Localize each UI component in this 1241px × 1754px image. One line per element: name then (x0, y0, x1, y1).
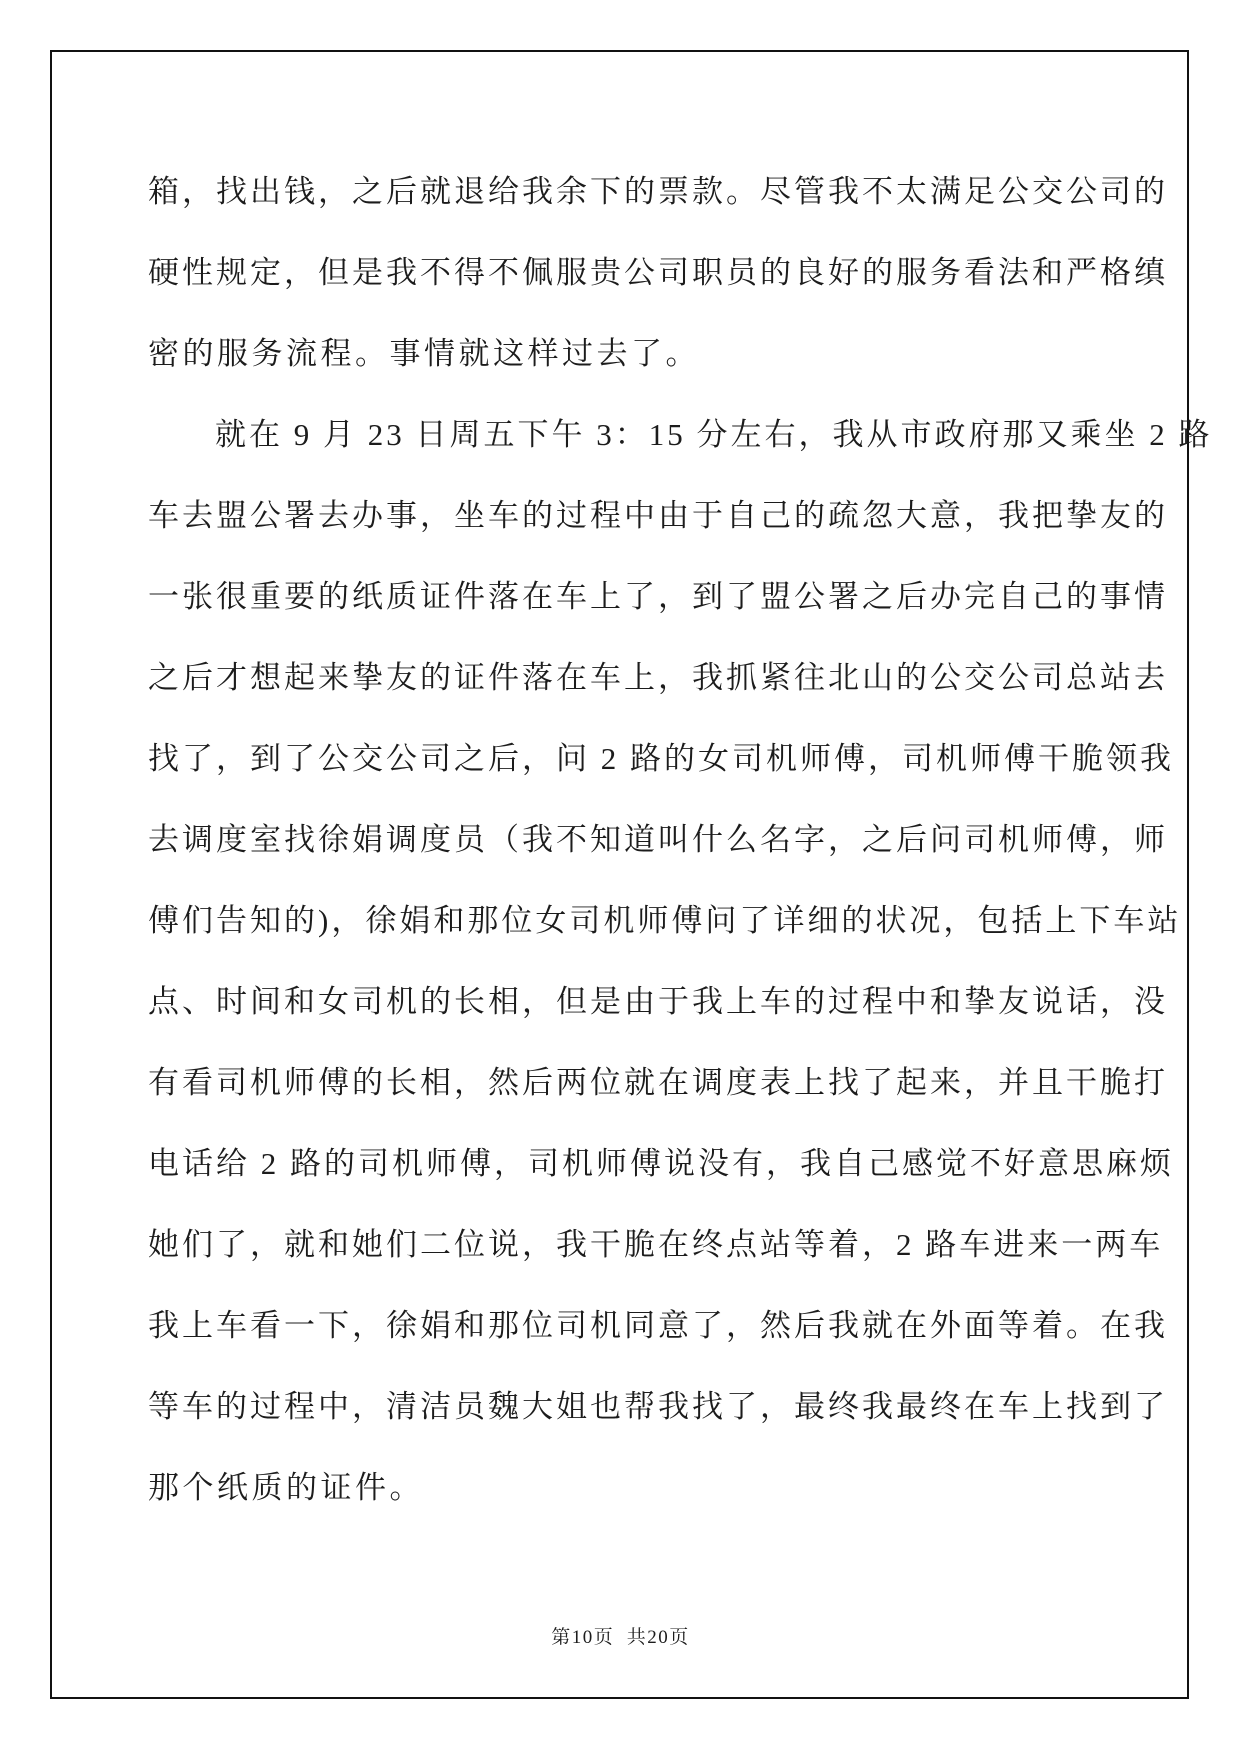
text-line: 箱，找出钱，之后就退给我余下的票款。尽管我不太满足公交公司的 (148, 151, 1136, 232)
text-line: 硬性规定，但是我不得不佩服贵公司职员的良好的服务看法和严格缜 (148, 232, 1136, 313)
text-line: 那个纸质的证件。 (148, 1447, 1136, 1528)
text-line: 车去盟公署去办事，坐车的过程中由于自己的疏忽大意，我把挚友的 (148, 475, 1136, 556)
text-line: 之后才想起来挚友的证件落在车上，我抓紧往北山的公交公司总站去 (148, 637, 1136, 718)
text-line: 我上车看一下，徐娟和那位司机同意了，然后我就在外面等着。在我 (148, 1285, 1136, 1366)
text-line: 密的服务流程。事情就这样过去了。 (148, 313, 1136, 394)
text-line: 点、时间和女司机的长相，但是由于我上车的过程中和挚友说话，没 (148, 961, 1136, 1042)
text-line: 等车的过程中，清洁员魏大姐也帮我找了，最终我最终在车上找到了 (148, 1366, 1136, 1447)
text-line: 一张很重要的纸质证件落在车上了，到了盟公署之后办完自己的事情 (148, 556, 1136, 637)
text-line: 傅们告知的)，徐娟和那位女司机师傅问了详细的状况，包括上下车站 (148, 880, 1136, 961)
page-footer: 第10页 共20页 (0, 1622, 1241, 1649)
text-line: 她们了，就和她们二位说，我干脆在终点站等着，2 路车进来一两车 (148, 1204, 1136, 1285)
text-line: 去调度室找徐娟调度员（我不知道叫什么名字，之后问司机师傅，师 (148, 799, 1136, 880)
body-text: 箱，找出钱，之后就退给我余下的票款。尽管我不太满足公交公司的 硬性规定，但是我不… (148, 151, 1136, 1528)
document-page: 箱，找出钱，之后就退给我余下的票款。尽管我不太满足公交公司的 硬性规定，但是我不… (0, 0, 1241, 1754)
text-line: 就在 9 月 23 日周五下午 3：15 分左右，我从市政府那又乘坐 2 路 (148, 394, 1136, 475)
text-line: 电话给 2 路的司机师傅，司机师傅说没有，我自己感觉不好意思麻烦 (148, 1123, 1136, 1204)
text-line: 有看司机师傅的长相，然后两位就在调度表上找了起来，并且干脆打 (148, 1042, 1136, 1123)
text-line: 找了，到了公交公司之后，问 2 路的女司机师傅，司机师傅干脆领我 (148, 718, 1136, 799)
